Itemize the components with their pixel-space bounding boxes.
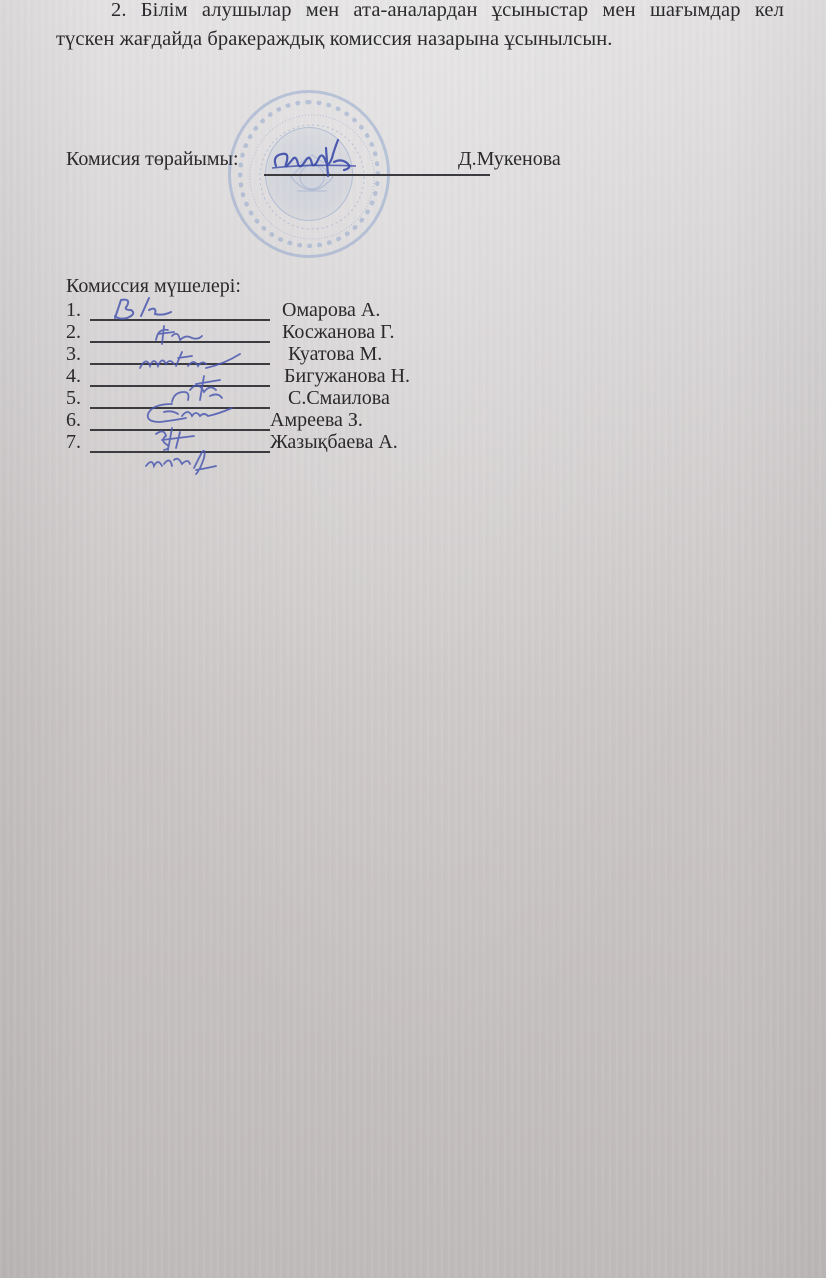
member-name: С.Смаилова [288, 387, 390, 409]
chair-label: Комисия төрайымы: [66, 146, 239, 172]
member-1-signature-icon [105, 294, 185, 324]
member-row: 7. Жазықбаева А. [66, 431, 486, 453]
paper-background [0, 0, 826, 1278]
member-2-signature-icon [150, 322, 210, 346]
paragraph-2-line-1: 2. Білім алушылар мен ата-аналардан ұсын… [56, 0, 826, 25]
member-name: Косжанова Г. [282, 321, 394, 343]
chair-name: Д.Мукенова [458, 146, 561, 172]
member-row: 2. Косжанова Г. [66, 321, 486, 343]
member-name: Бигужанова Н. [284, 365, 410, 387]
member-row: 4. Бигужанова Н. [66, 365, 486, 387]
member-name: Куатова М. [288, 343, 382, 365]
member-number: 2. [66, 321, 81, 343]
member-name: Омарова А. [282, 299, 380, 321]
member-number: 6. [66, 409, 81, 431]
member-number: 7. [66, 431, 81, 453]
member-row: 5. С.Смаилова [66, 387, 486, 409]
member-row: 6. Амреева З. [66, 409, 486, 431]
member-number: 3. [66, 343, 81, 365]
chair-signature-icon [268, 134, 358, 184]
paragraph-2: 2. Білім алушылар мен ата-аналардан ұсын… [56, 0, 826, 54]
paragraph-2-line-2: түскен жағдайда бракераждық комиссия наз… [56, 25, 826, 54]
member-row: 3. Куатова М. [66, 343, 486, 365]
member-7-signature-icon [142, 446, 222, 476]
member-number: 1. [66, 299, 81, 321]
member-name: Амреева З. [270, 409, 363, 431]
member-number: 4. [66, 365, 81, 387]
member-name: Жазықбаева А. [270, 431, 398, 453]
member-number: 5. [66, 387, 81, 409]
